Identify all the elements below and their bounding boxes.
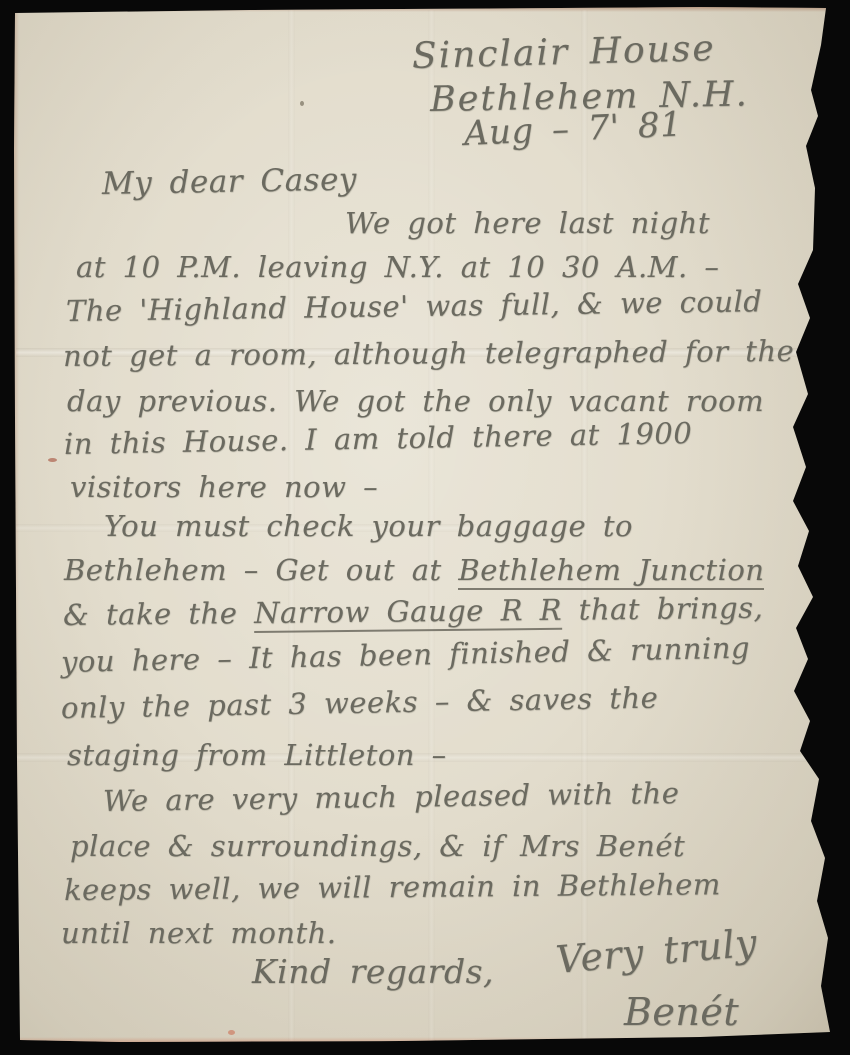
- letter-line: staging from Littleton –: [67, 738, 447, 772]
- letter-line: until next month.: [61, 916, 337, 950]
- paper-edge-tint: [18, 1037, 830, 1043]
- letter-line: at 10 P.M. leaving N.Y. at 10 30 A.M. –: [76, 250, 719, 284]
- letter-line-text: You must check your baggage to: [104, 509, 633, 543]
- letter-line-text: day previous. We got the only vacant roo…: [67, 384, 764, 418]
- signature: Benét: [624, 990, 739, 1034]
- closing-regards-text: Kind regards,: [252, 952, 494, 991]
- paper-edge-tint: [14, 13, 19, 1041]
- letter-line-text: not get a room, although telegraphed for…: [63, 334, 794, 373]
- letter-line: You must check your baggage to: [104, 509, 633, 543]
- letter-line: keeps well, we will remain in Bethlehem: [64, 867, 721, 907]
- letter-line: place & surroundings, & if Mrs Benét: [70, 829, 685, 863]
- salutation: My dear Casey: [102, 162, 358, 202]
- signature-text: Benét: [624, 990, 739, 1034]
- paper-speck: [228, 1030, 235, 1035]
- paper-speck: [48, 458, 57, 462]
- letter-line: not get a room, although telegraphed for…: [63, 334, 794, 373]
- letter-line-text: until next month.: [61, 916, 337, 950]
- letter-line-text: at 10 P.M. leaving N.Y. at 10 30 A.M. –: [76, 250, 719, 284]
- letterhead-hotel-text: Sinclair House: [411, 28, 716, 77]
- salutation-text: My dear Casey: [102, 162, 358, 202]
- letter-photo: Sinclair House Bethlehem N.H. Aug – 7' 8…: [0, 0, 850, 1055]
- letterhead-hotel: Sinclair House: [411, 28, 716, 77]
- letter-line-text: that brings,: [562, 591, 764, 627]
- letter-line-text: place & surroundings, & if Mrs Benét: [70, 829, 685, 863]
- letter-line-text: We got here last night: [345, 206, 710, 240]
- letter-line-text: visitors here now –: [70, 470, 378, 504]
- underlined-text: Narrow Gauge R R: [254, 593, 562, 633]
- letter-paper: Sinclair House Bethlehem N.H. Aug – 7' 8…: [0, 0, 850, 1055]
- letter-line: visitors here now –: [70, 470, 378, 504]
- letter-line-text: keeps well, we will remain in Bethlehem: [64, 867, 721, 907]
- letter-line: day previous. We got the only vacant roo…: [67, 384, 764, 418]
- paper-speck: [300, 101, 304, 106]
- underlined-text: Bethlehem Junction: [458, 553, 764, 590]
- letter-line-text: staging from Littleton –: [67, 738, 447, 772]
- paper-edge-tint: [14, 7, 826, 12]
- letter-line: Bethlehem – Get out at Bethlehem Junctio…: [64, 553, 764, 587]
- letter-line: We got here last night: [345, 206, 710, 240]
- letter-line-text: & take the: [63, 596, 254, 632]
- letter-line-text: Bethlehem – Get out at: [64, 553, 458, 587]
- closing-regards: Kind regards,: [252, 952, 494, 991]
